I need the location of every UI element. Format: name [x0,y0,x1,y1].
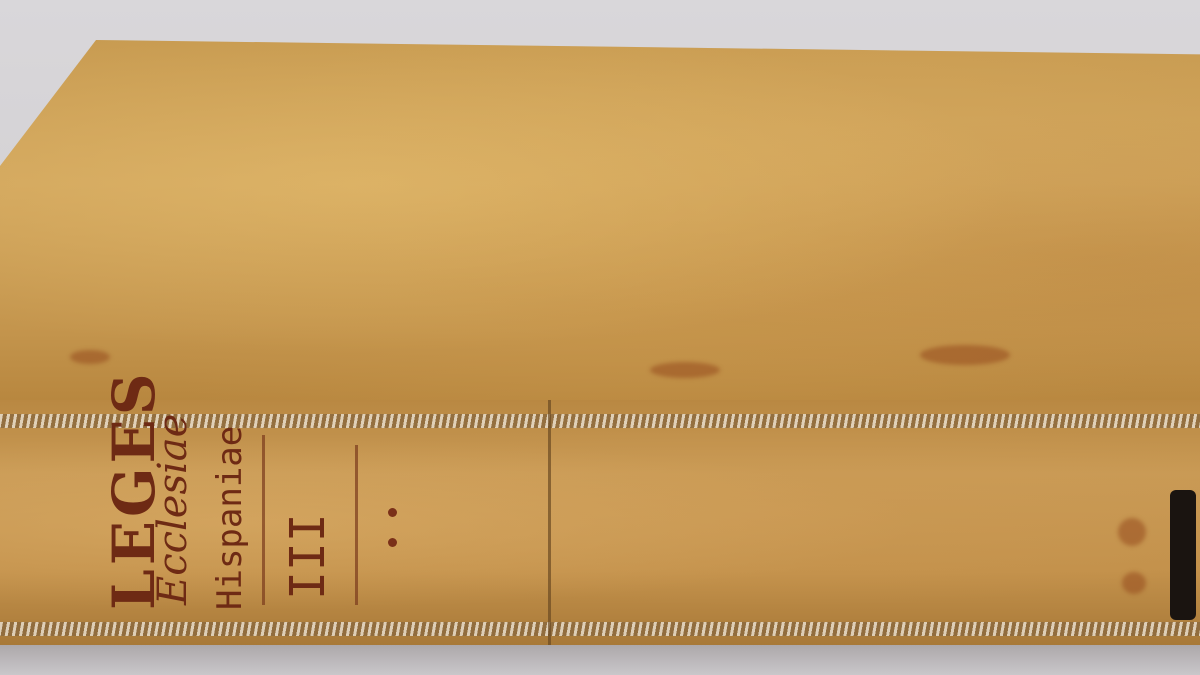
stain [1118,518,1146,546]
stain [1122,572,1146,594]
spine-script-word: Ecclesiae [150,414,196,605]
spine-region-word: Hispaniae [210,426,250,610]
book-photo: LEGES Ecclesiae Hispaniae III [0,0,1200,675]
stain [650,362,720,378]
spine-numerals: III [280,513,336,600]
spine-seam [548,400,551,645]
spine-dot [388,538,397,547]
spine-dot [388,508,397,517]
bottom-stitching [0,622,1200,636]
table-shadow [0,645,1200,675]
spine-rule [355,445,358,605]
stain [920,345,1010,365]
stain [70,350,110,364]
library-label [1170,490,1196,620]
book-spine: LEGES Ecclesiae Hispaniae III [0,400,1200,645]
spine-rule [262,435,265,605]
book-cover [0,40,1200,400]
